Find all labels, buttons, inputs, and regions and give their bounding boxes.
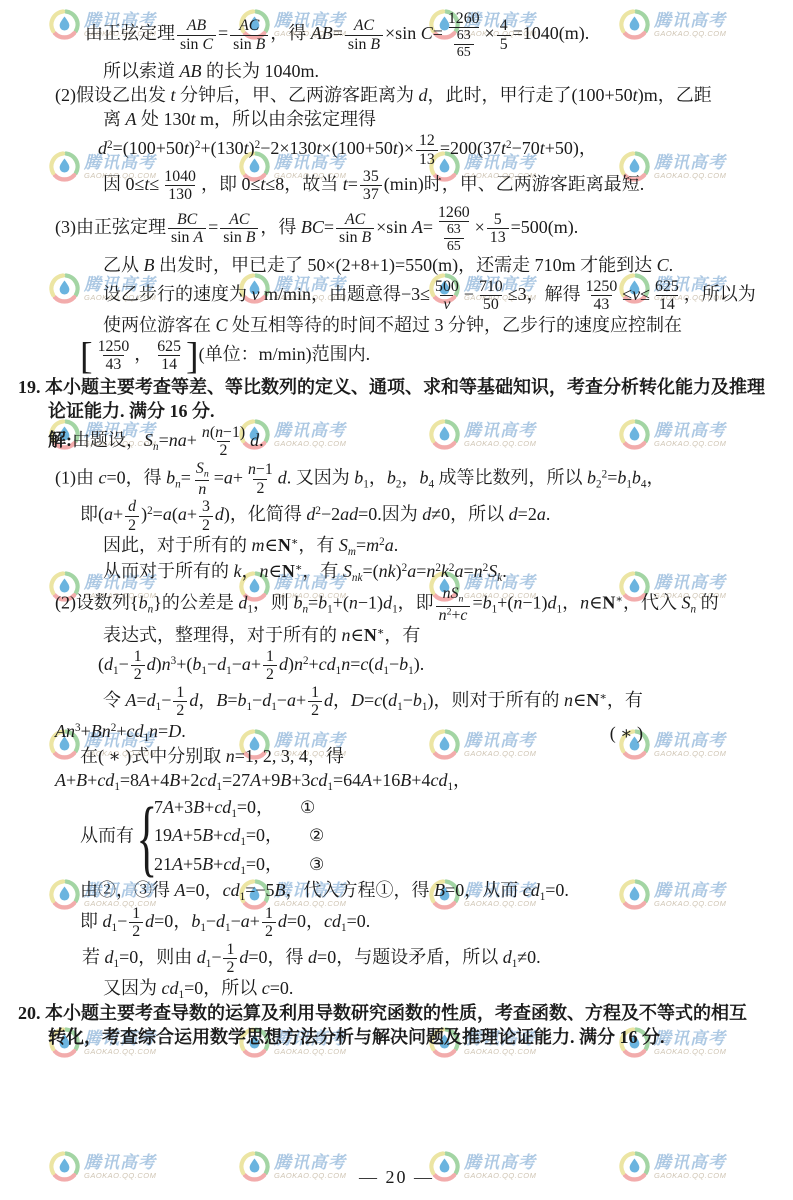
content-line: (3)由正弦定理BCsin A=ACsin B，得 BC=ACsin B×sin… (55, 204, 793, 254)
equation-tag: ③ (309, 855, 324, 875)
fraction: 62514 (154, 338, 184, 374)
content-line: 离 A 处 130t m，所以由余弦定理得 (103, 108, 793, 132)
fraction: 12 (223, 941, 237, 977)
fraction: ABsin C (177, 17, 216, 53)
fraction: 12 (308, 684, 322, 720)
page-number: — 20 — (0, 1167, 793, 1188)
fraction: nSnn2+c (436, 585, 471, 624)
left-brace: { (137, 798, 150, 877)
fraction: 62514 (652, 278, 682, 314)
fraction: n−12 (245, 461, 276, 497)
content-line: (2)设数列{bn}的公差是 d1，则 bn=b1+(n−1)d1，即nSnn2… (55, 585, 793, 624)
fraction: ACsin B (230, 17, 268, 53)
fraction: 12 (173, 684, 187, 720)
content-line: d2=(100+50t)2+(130t)2−2×130t×(100+50t)×1… (98, 132, 793, 168)
content-line: 因此，对于所有的 m∈N∗，有 Sm=m2a. (103, 534, 793, 560)
equation-tag: ① (300, 798, 315, 818)
fraction: 12606365 (445, 10, 483, 60)
equation-system: {7A+3B+cd1=0，①19A+5B+cd1=0，②21A+5B+cd1=0… (134, 795, 324, 880)
equation-label-star: ( ∗ ) (610, 722, 643, 746)
fraction: 12 (262, 905, 276, 941)
fraction: 12 (263, 648, 277, 684)
content-line: 由②，③得 A=0，cd1=−5B，代入方程①，得 B=0，从而 cd1=0. (80, 879, 793, 905)
fraction: 71050 (476, 278, 506, 314)
fraction: 125043 (95, 338, 133, 374)
content-line: An3+Bn2+cd1n=D.( ∗ ) (55, 720, 793, 746)
content-line: 在( ∗ )式中分别取 n=1, 2, 3, 4，得 (80, 745, 793, 769)
fraction: d2 (125, 498, 139, 534)
content-line: 由正弦定理ABsin C=ACsin B，得 AB=ACsin B×sin C=… (85, 10, 793, 60)
fraction: ACsin B (345, 17, 383, 53)
content-line: 表达式，整理得，对于所有的 n∈N∗，有 (103, 624, 793, 648)
content-line: 19. 本小题主要考查等差、等比数列的定义、通项、求和等基础知识，考查分析转化能… (18, 376, 793, 400)
content-line: 即(a+d2)2=a(a+32d)，化简得 d2−2ad=0.因为 d≠0，所以… (80, 498, 793, 534)
document-content: 由正弦定理ABsin C=ACsin B，得 AB=ACsin B×sin C=… (18, 10, 793, 1050)
fraction: 3537 (360, 168, 382, 204)
equation-tag: ② (309, 826, 324, 846)
content-line: 论证能力. 满分 16 分. (48, 400, 793, 424)
content-line: [125043，62514](单位：m/min)范围内. (80, 338, 793, 376)
content-line: 又因为 cd1=0，所以 c=0. (103, 977, 793, 1003)
fraction: 125043 (583, 278, 621, 314)
content-line: (d1−12d)n3+(b1−d1−a+12d)n2+cd1n=c(d1−b1)… (98, 648, 793, 684)
fraction: 1040130 (161, 168, 199, 204)
fraction: 6365 (454, 28, 474, 60)
content-line: 转化，考查综合运用数学思想方法分析与解决问题及推理论证能力. 满分 16 分. (48, 1026, 793, 1050)
content-line: 设乙步行的速度为 v m/min，由题意得−3≤500v−71050≤3，解得1… (103, 278, 793, 314)
content-line: 使两位游客在 C 处互相等待的时间不超过 3 分钟，乙步行的速度应控制在 (103, 314, 793, 338)
fraction: BCsin A (168, 211, 206, 247)
content-line: 即 d1−12d=0，b1−d1−a+12d=0，cd1=0. (80, 905, 793, 941)
fraction: 45 (497, 17, 511, 53)
content-line: 20. 本小题主要考查导数的运算及利用导数研究函数的性质，考查函数、方程及不等式… (18, 1002, 793, 1026)
fraction: n(n−1)2 (199, 424, 248, 460)
fraction: 12 (129, 905, 143, 941)
content-line: A+B+cd1=8A+4B+2cd1=27A+9B+3cd1=64A+16B+4… (55, 769, 793, 795)
content-line: 从而对于所有的 k，n∈N∗，有 Snk=(nk)2a=n2k2a=n2Sk. (103, 560, 793, 586)
fraction: ACsin B (220, 211, 258, 247)
fraction: Snn (193, 460, 212, 499)
fraction: 500v (432, 278, 462, 314)
fraction: ACsin B (336, 211, 374, 247)
content-line: (2)假设乙出发 t 分钟后，甲、乙两游客距离为 d，此时，甲行走了(100+5… (55, 84, 793, 108)
content-line: 乙从 B 出发时，甲已走了 50×(2+8+1)=550(m)，还需走 710m… (103, 254, 793, 278)
fraction: 12606365 (435, 204, 473, 254)
content-line: (1)由 c=0，得 bn=Snn=a+n−12d. 又因为 b1，b2，b4 … (55, 460, 793, 499)
content-line: 从而有{7A+3B+cd1=0，①19A+5B+cd1=0，②21A+5B+cd… (80, 795, 793, 880)
fraction: 12 (131, 648, 145, 684)
fraction: 6365 (444, 222, 464, 254)
content-line: 所以索道 AB 的长为 1040m. (103, 60, 793, 84)
fraction: 32 (199, 498, 213, 534)
content-line: 令 A=d1−12d，B=b1−d1−a+12d，D=c(d1−b1)，则对于所… (103, 684, 793, 720)
content-line: 解:由题设，Sn=na+n(n−1)2d. (48, 424, 793, 460)
fraction: 1213 (416, 132, 438, 168)
content-line: 若 d1=0，则由 d1−12d=0，得 d=0，与题设矛盾，所以 d1≠0. (82, 941, 793, 977)
fraction: 513 (487, 211, 509, 247)
content-line: 因 0≤t≤1040130，即 0≤t≤8，故当 t=3537(min)时，甲、… (103, 168, 793, 204)
